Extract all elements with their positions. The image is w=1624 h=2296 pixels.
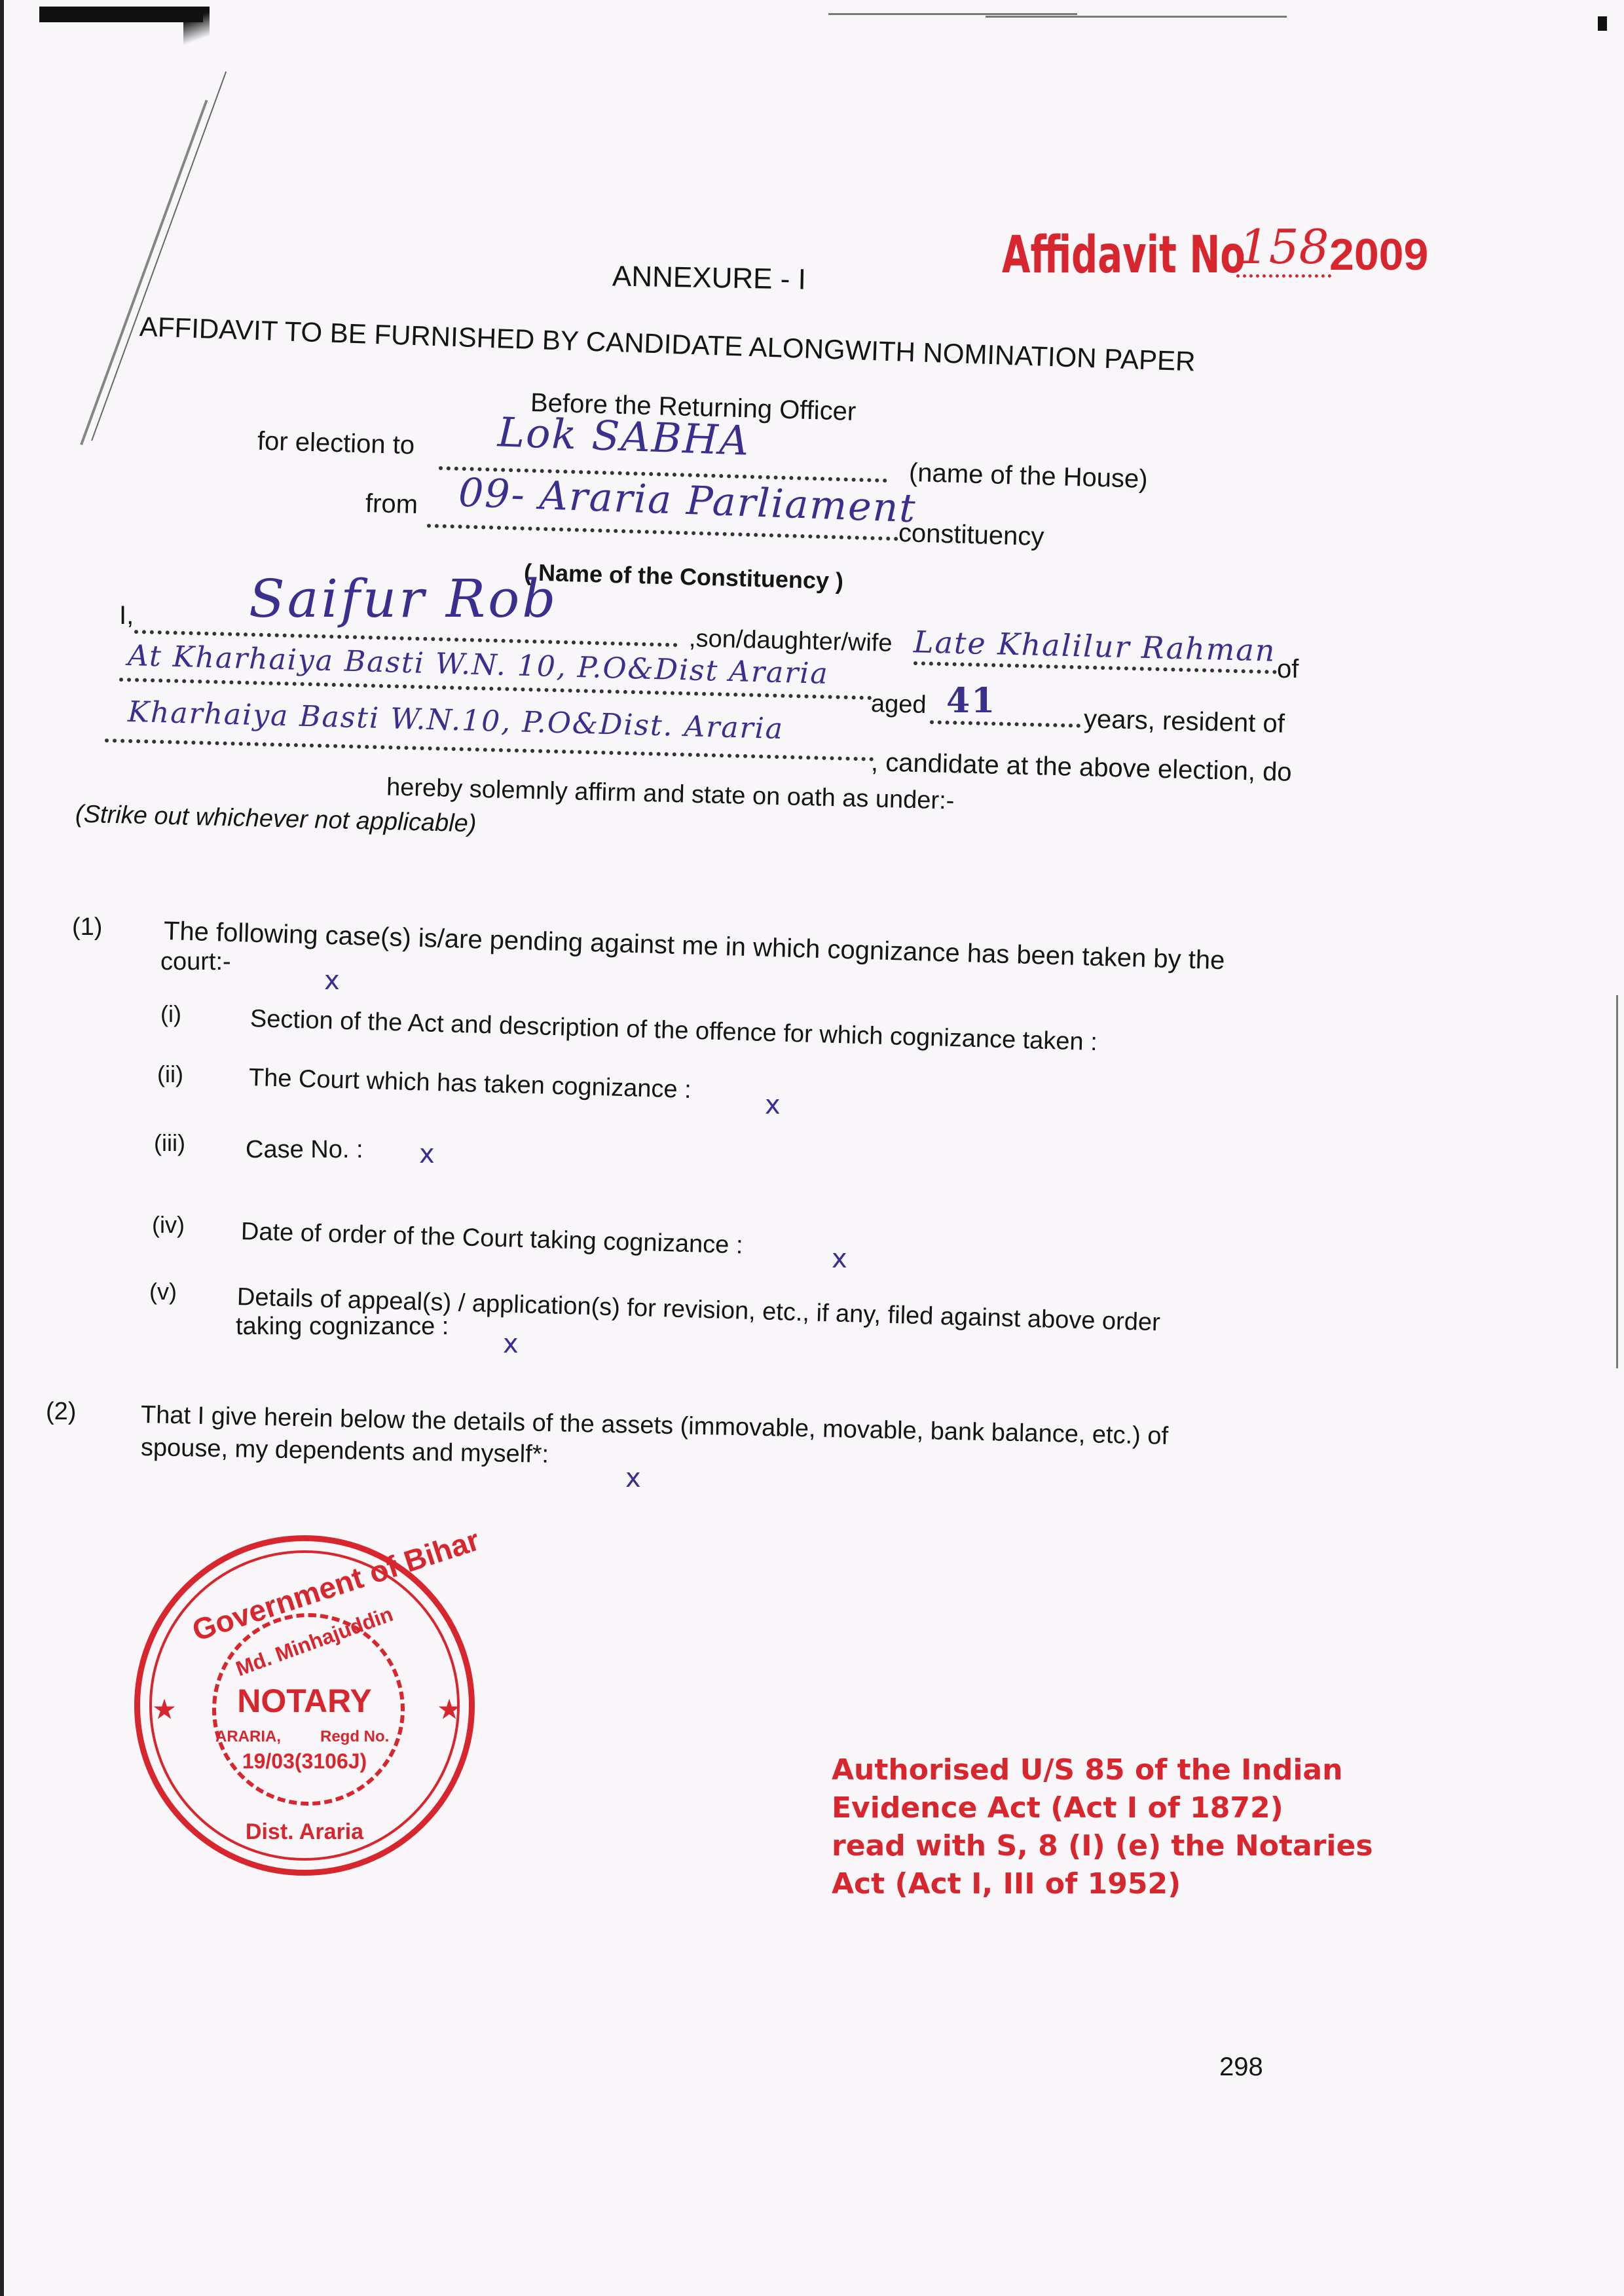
scan-artifact-hline xyxy=(986,16,1287,18)
item-v-number: (v) xyxy=(149,1278,177,1305)
item-ii-text: The Court which has taken cognizance : xyxy=(248,1064,692,1104)
affirm-statement: hereby solemnly affirm and state on oath… xyxy=(386,773,955,815)
affidavit-page: Affidavit No 158 2009 ANNEXURE - I AFFID… xyxy=(0,0,1624,2296)
item-v-nil-mark: x xyxy=(503,1329,519,1359)
section-1-number: (1) xyxy=(72,913,102,941)
election-to-label: for election to xyxy=(257,427,415,461)
item-iii-nil-mark: x xyxy=(419,1139,435,1169)
item-iv-number: (iv) xyxy=(152,1211,185,1239)
candidate-label: , candidate at the above election, do xyxy=(871,748,1293,788)
item-ii-nil-mark: x xyxy=(765,1090,781,1120)
section-1-text-cont: court:- xyxy=(160,948,231,976)
candidate-name[interactable]: Saifur Rob xyxy=(249,568,559,629)
strike-out-note: (Strike out whichever not applicable) xyxy=(75,801,477,839)
constituency-hint: ( Name of the Constituency ) xyxy=(524,558,844,595)
relation-name[interactable]: Late Khalilur Rahman xyxy=(913,624,1276,668)
seal-government-text: Government of Bihar xyxy=(188,1522,484,1649)
seal-regd-label: Regd No. xyxy=(320,1728,389,1746)
section-2-number: (2) xyxy=(46,1398,76,1426)
page-number: 298 xyxy=(1219,2052,1263,2082)
section-1-nil-mark: x xyxy=(324,966,340,996)
scan-artifact-bar xyxy=(39,7,203,22)
document-title: AFFIDAVIT TO BE FURNISHED BY CANDIDATE A… xyxy=(139,311,1196,377)
section-2-text-cont: spouse, my dependents and myself*: xyxy=(141,1434,549,1469)
scan-artifact-corner xyxy=(1598,16,1607,31)
scan-artifact-hline xyxy=(828,13,1077,15)
item-ii-number: (ii) xyxy=(157,1061,183,1088)
constituency-suffix: constituency xyxy=(898,519,1044,552)
notarial-line-2: Evidence Act (Act I of 1872) xyxy=(832,1789,1373,1827)
aged-label: aged xyxy=(870,690,927,720)
item-iv-nil-mark: x xyxy=(832,1244,847,1274)
item-iii-text: Case No. : xyxy=(246,1136,363,1164)
seal-notary-name: Md. Minhajuddin xyxy=(232,1602,396,1681)
notarial-line-4: Act (Act I, III of 1952) xyxy=(832,1865,1373,1903)
years-resident-label: years, resident of xyxy=(1083,704,1285,738)
notarial-authorisation-stamp: Authorised U/S 85 of the Indian Evidence… xyxy=(832,1751,1373,1903)
annexure-heading: ANNEXURE - I xyxy=(612,260,807,296)
i-label: I, xyxy=(119,601,134,630)
seal-place: ARARIA, xyxy=(215,1728,281,1746)
affidavit-stamp-label: Affidavit No xyxy=(1002,226,1246,285)
section-2-nil-mark: x xyxy=(625,1463,641,1493)
scan-edge-right xyxy=(1616,995,1618,1368)
address-line-2[interactable]: Kharhaiya Basti W.N.10, P.O&Dist. Araria xyxy=(128,695,784,746)
age-field-line xyxy=(930,720,1080,728)
scan-artifact-line xyxy=(80,100,208,445)
relation-label: ,son/daughter/wife xyxy=(689,625,893,658)
from-label: from xyxy=(365,489,418,520)
seal-regd-number: 19/03(3106J) xyxy=(140,1749,469,1774)
star-icon: ★ xyxy=(153,1695,175,1724)
of-label: of xyxy=(1277,655,1299,684)
item-i-number: (i) xyxy=(160,1000,181,1028)
item-iii-number: (iii) xyxy=(154,1129,185,1157)
age-value[interactable]: 41 xyxy=(946,681,996,721)
notary-seal: Government of Bihar Md. Minhajuddin NOTA… xyxy=(134,1535,475,1876)
notary-seal-inner-ring xyxy=(212,1613,405,1806)
item-i-text: Section of the Act and description of th… xyxy=(249,1005,1098,1057)
scan-artifact-wedge xyxy=(183,7,210,46)
notarial-line-3: read with S, 8 (I) (e) the Notaries xyxy=(832,1827,1373,1865)
affidavit-year: 2009 xyxy=(1329,229,1428,280)
notarial-line-1: Authorised U/S 85 of the Indian xyxy=(832,1751,1373,1789)
affidavit-number: 158 xyxy=(1236,219,1331,278)
scan-artifact-line xyxy=(91,71,227,441)
seal-notary-title: NOTARY xyxy=(140,1682,469,1720)
seal-district-text: Dist. Araria xyxy=(140,1819,469,1845)
section-1-text: The following case(s) is/are pending aga… xyxy=(163,917,1225,975)
house-hint: (name of the House) xyxy=(908,458,1148,494)
item-iv-text: Date of order of the Court taking cogniz… xyxy=(240,1218,743,1260)
election-to-value[interactable]: Lok SABHA xyxy=(497,408,751,464)
scan-edge-left xyxy=(0,0,4,2296)
item-v-text-cont: taking cognizance : xyxy=(236,1313,449,1341)
star-icon: ★ xyxy=(438,1695,460,1724)
